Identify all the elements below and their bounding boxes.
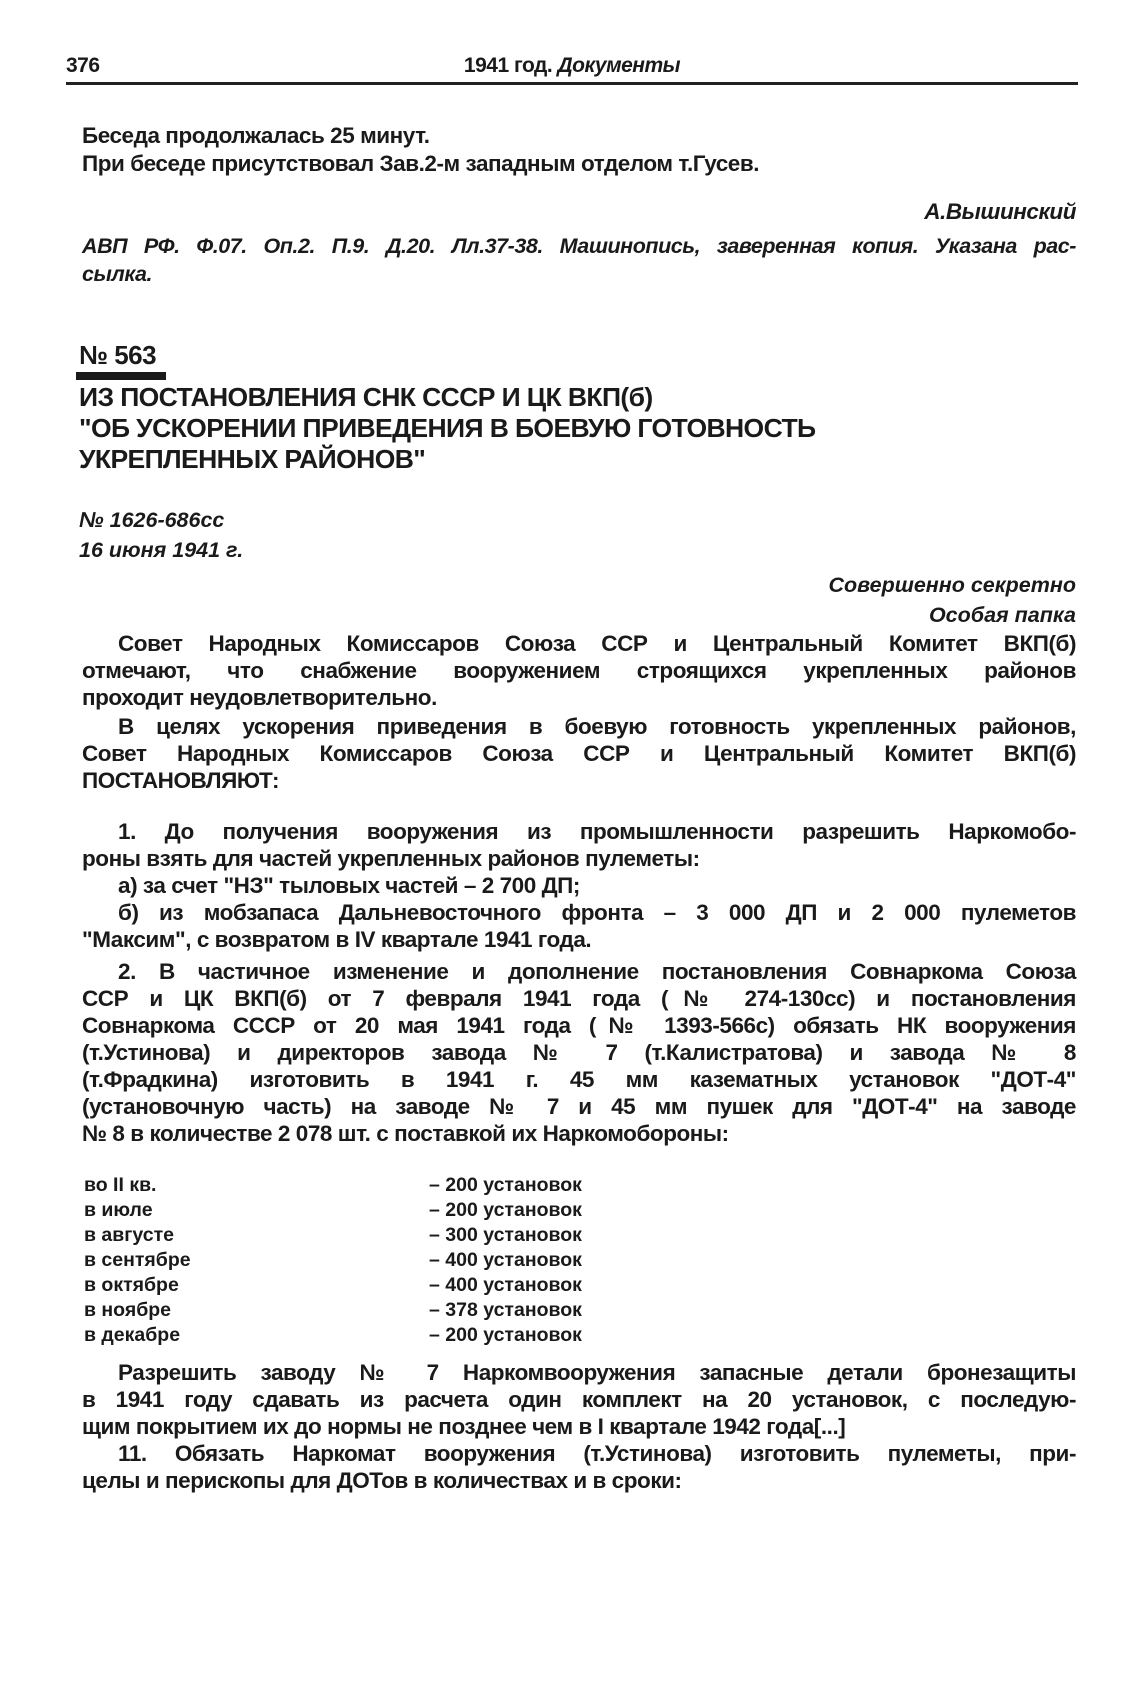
running-title-year: 1941 год. [464,54,558,77]
paragraph-line: целы и перископы для ДОТов в количествах… [82,1467,1076,1494]
paragraph-line: Совет Народных Комиссаров Союза ССР и Це… [82,740,1076,767]
schedule-amount: – 300 установок [429,1223,582,1248]
paragraph-line: (установочную часть) на заводе № 7 и 45 … [82,1093,1076,1120]
paragraph-line: Разрешить заводу № 7 Наркомвооружения за… [82,1359,1076,1386]
document-number-underline [76,372,166,380]
paragraph-spare-parts: Разрешить заводу № 7 Наркомвооружения за… [82,1359,1076,1440]
document-page: 376 1941 год. Документы Беседа продолжал… [0,0,1146,1693]
running-title-section: Документы [558,54,681,77]
paragraph-item-2: 2. В частичное изменение и дополнение по… [82,958,1076,1147]
paragraph-line: отмечают, что снабжение вооружением стро… [82,657,1076,684]
archive-note-line: сылка. [82,261,1076,289]
schedule-period: во II кв. [84,1173,429,1198]
classification-folder: Особая папка [829,600,1077,630]
schedule-period: в августе [84,1223,429,1248]
paragraph-line: щим покрытием их до нормы не позднее чем… [82,1413,1076,1440]
document-date: 16 июня 1941 г. [79,535,243,565]
paragraph-preamble: Совет Народных Комиссаров Союза ССР и Це… [82,630,1076,711]
schedule-amount: – 400 установок [429,1248,582,1273]
schedule-amount: – 200 установок [429,1173,582,1198]
schedule-row: в августе– 300 установок [84,1223,582,1248]
schedule-period: в сентябре [84,1248,429,1273]
document-number: № 563 [79,340,156,371]
archive-note-line: АВП РФ. Ф.07. Оп.2. П.9. Д.20. Лл.37-38.… [82,233,1076,261]
intro-line: При беседе присутствовал Зав.2-м западны… [82,150,1076,178]
running-header: 376 1941 год. Документы [66,52,1078,85]
registration-number: № 1626-686сс [79,505,243,535]
schedule-amount: – 400 установок [429,1273,582,1298]
paragraph-line: в 1941 году сдавать из расчета один комп… [82,1386,1076,1413]
paragraph-line: Совнаркома СССР от 20 мая 1941 года (№ 1… [82,1012,1076,1039]
paragraph-line: роны взять для частей укрепленных районо… [82,845,1076,872]
schedule-amount: – 378 установок [429,1298,582,1323]
paragraph-line: (т.Фрадкина) изготовить в 1941 г. 45 мм … [82,1066,1076,1093]
paragraph-line: (т.Устинова) и директоров завода № 7 (т.… [82,1039,1076,1066]
paragraph-line: ССР и ЦК ВКП(б) от 7 февраля 1941 года (… [82,985,1076,1012]
classification-stamp: Совершенно секретно Особая папка [829,570,1077,630]
schedule-amount: – 200 установок [429,1198,582,1223]
document-title-line: "ОБ УСКОРЕНИИ ПРИВЕДЕНИЯ В БОЕВУЮ ГОТОВН… [79,413,815,444]
schedule-amount: – 200 установок [429,1323,582,1348]
schedule-row: в сентябре– 400 установок [84,1248,582,1273]
paragraph-item-11: 11. Обязать Наркомат вооружения (т.Устин… [82,1440,1076,1494]
paragraph-line: № 8 в количестве 2 078 шт. с поставкой и… [82,1120,1076,1147]
paragraph-line: ПОСТАНОВЛЯЮТ: [82,767,1076,794]
schedule-period: в декабре [84,1323,429,1348]
paragraph-line: проходит неудовлетворительно. [82,684,1076,711]
paragraph-line: "Максим", с возвратом в IV квартале 1941… [82,926,1076,953]
document-meta: № 1626-686сс 16 июня 1941 г. [79,505,243,565]
delivery-schedule: во II кв.– 200 установок в июле– 200 уст… [84,1173,582,1348]
paragraph-line: 11. Обязать Наркомат вооружения (т.Устин… [82,1440,1076,1467]
schedule-row: в июле– 200 установок [84,1198,582,1223]
schedule-row: в октябре– 400 установок [84,1273,582,1298]
schedule-row: в декабре– 200 установок [84,1323,582,1348]
document-title: ИЗ ПОСТАНОВЛЕНИЯ СНК СССР И ЦК ВКП(б) "О… [79,382,815,475]
signature: А.Вышинский [82,198,1076,226]
paragraph-line: В целях ускорения приведения в боевую го… [82,713,1076,740]
schedule-period: в октябре [84,1273,429,1298]
paragraph-line: Совет Народных Комиссаров Союза ССР и Це… [82,630,1076,657]
classification-secrecy: Совершенно секретно [829,570,1077,600]
schedule-period: в ноябре [84,1298,429,1323]
paragraph-line: 1. До получения вооружения из промышленн… [82,818,1076,845]
archive-note: АВП РФ. Ф.07. Оп.2. П.9. Д.20. Лл.37-38.… [82,233,1076,288]
schedule-row: в ноябре– 378 установок [84,1298,582,1323]
paragraph-line: а) за счет "НЗ" тыловых частей – 2 700 Д… [82,872,1076,899]
intro-text: Беседа продолжалась 25 минут. При беседе… [82,122,1076,177]
running-title: 1941 год. Документы [66,54,1078,78]
document-title-line: УКРЕПЛЕННЫХ РАЙОНОВ" [79,444,815,475]
paragraph-resolution: В целях ускорения приведения в боевую го… [82,713,1076,794]
document-title-line: ИЗ ПОСТАНОВЛЕНИЯ СНК СССР И ЦК ВКП(б) [79,382,815,413]
schedule-period: в июле [84,1198,429,1223]
paragraph-item-1: 1. До получения вооружения из промышленн… [82,818,1076,953]
schedule-row: во II кв.– 200 установок [84,1173,582,1198]
paragraph-line: б) из мобзапаса Дальневосточного фронта … [82,899,1076,926]
paragraph-line: 2. В частичное изменение и дополнение по… [82,958,1076,985]
intro-line: Беседа продолжалась 25 минут. [82,122,1076,150]
